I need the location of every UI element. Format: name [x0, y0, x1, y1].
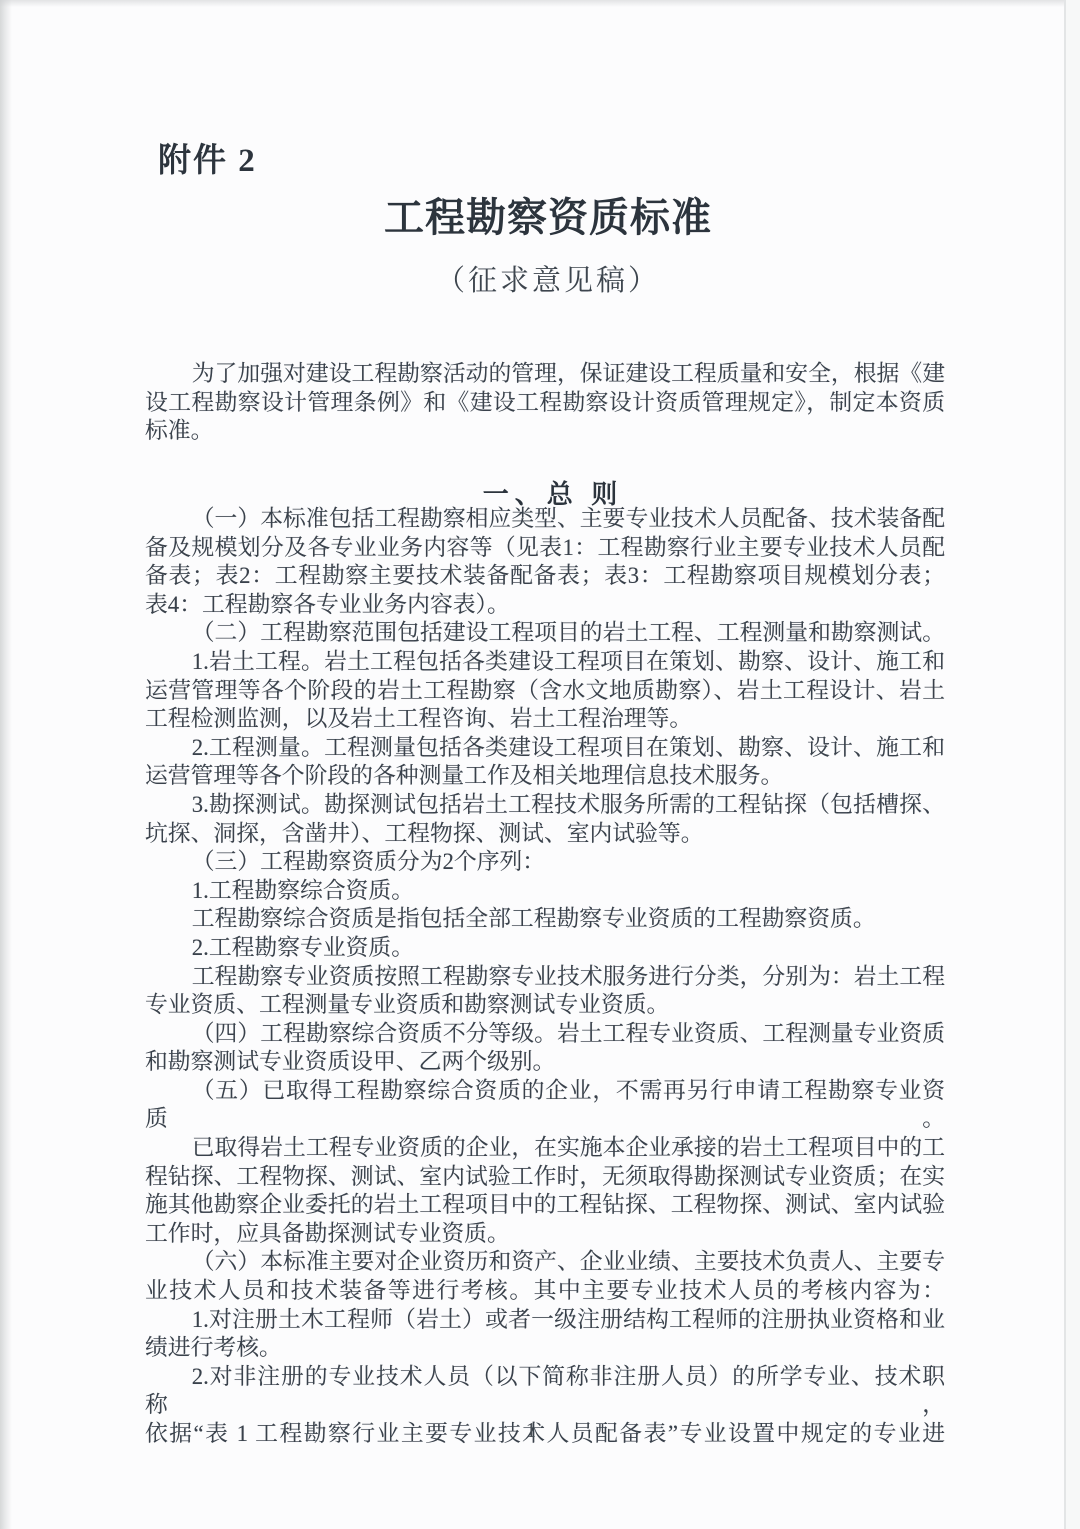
text-line: 业技术人员和技术装备等进行考核。其中主要专业技术人员的考核内容为： [145, 1277, 945, 1306]
text-line: 1.工程勘察综合资质。 [145, 877, 945, 906]
text-line: 运营管理等各个阶段的各种测量工作及相关地理信息技术服务。 [145, 762, 945, 791]
paragraph: 为了加强对建设工程勘察活动的管理，保证建设工程质量和安全，根据《建设工程勘察设计… [145, 360, 945, 446]
text-line: 3.勘探测试。勘探测试包括岩土工程技术服务所需的工程钻探（包括槽探、 [145, 791, 945, 820]
paragraph: 1.对注册土木工程师（岩土）或者一级注册结构工程师的注册执业资格和业绩进行考核。 [145, 1306, 945, 1363]
text-line: 标准。 [145, 417, 945, 446]
text-line: 1.对注册土木工程师（岩土）或者一级注册结构工程师的注册执业资格和业 [145, 1306, 945, 1335]
paragraph: 3.勘探测试。勘探测试包括岩土工程技术服务所需的工程钻探（包括槽探、坑探、洞探，… [145, 791, 945, 848]
text-line: 工程检测监测，以及岩土工程咨询、岩土工程治理等。 [145, 705, 945, 734]
text-line: 2.工程勘察专业资质。 [145, 934, 945, 963]
text-line: 工程勘察综合资质是指包括全部工程勘察专业资质的工程勘察资质。 [145, 905, 945, 934]
paragraph: （四）工程勘察综合资质不分等级。岩土工程专业资质、工程测量专业资质和勘察测试专业… [145, 1020, 945, 1077]
scan-edge-left [0, 0, 12, 1529]
text-line: 坑探、洞探，含凿井）、工程物探、测试、室内试验等。 [145, 820, 945, 849]
paragraph: （一）本标准包括工程勘察相应类型、主要专业技术人员配备、技术装备配备及规模划分及… [145, 505, 945, 619]
page: 附件 2 工程勘察资质标准 （征求意见稿） 为了加强对建设工程勘察活动的管理，保… [0, 0, 1080, 1529]
paragraph: 1.工程勘察综合资质。 [145, 877, 945, 906]
scan-edge-top [0, 0, 1080, 7]
body-text: （一）本标准包括工程勘察相应类型、主要专业技术人员配备、技术装备配备及规模划分及… [145, 505, 945, 1449]
text-line: 和勘察测试专业资质设甲、乙两个级别。 [145, 1048, 945, 1077]
text-line: 设工程勘察设计管理条例》和《建设工程勘察设计资质管理规定》，制定本资质 [145, 389, 945, 418]
text-line: （二）工程勘察范围包括建设工程项目的岩土工程、工程测量和勘察测试。 [145, 619, 945, 648]
text-line: 专业资质、工程测量专业资质和勘察测试专业资质。 [145, 991, 945, 1020]
scan-edge-right [1064, 0, 1080, 1529]
text-line: 2.对非注册的专业技术人员（以下简称非注册人员）的所学专业、技术职称， [145, 1363, 945, 1420]
text-line: （六）本标准主要对企业资历和资产、企业业绩、主要技术负责人、主要专 [145, 1248, 945, 1277]
paragraph: 已取得岩土工程专业资质的企业，在实施本企业承接的岩土工程项目中的工程钻探、工程物… [145, 1134, 945, 1248]
text-line: 程钻探、工程物探、测试、室内试验工作时，无须取得勘探测试专业资质；在实 [145, 1163, 945, 1192]
text-line: 备及规模划分及各专业业务内容等（见表1：工程勘察行业主要专业技术人员配 [145, 534, 945, 563]
paragraph: （五）已取得工程勘察综合资质的企业，不需再另行申请工程勘察专业资质。 [145, 1077, 945, 1134]
paragraph: 工程勘察专业资质按照工程勘察专业技术服务进行分类，分别为：岩土工程专业资质、工程… [145, 963, 945, 1020]
attachment-label: 附件 2 [158, 134, 257, 181]
paragraph: 2.工程测量。工程测量包括各类建设工程项目在策划、勘察、设计、施工和运营管理等各… [145, 734, 945, 791]
paragraph: （二）工程勘察范围包括建设工程项目的岩土工程、工程测量和勘察测试。 [145, 619, 945, 648]
text-line: 工程勘察专业资质按照工程勘察专业技术服务进行分类，分别为：岩土工程 [145, 963, 945, 992]
text-line: 已取得岩土工程专业资质的企业，在实施本企业承接的岩土工程项目中的工 [145, 1134, 945, 1163]
text-line: 运营管理等各个阶段的岩土工程勘察（含水文地质勘察）、岩土工程设计、岩土 [145, 677, 945, 706]
text-line: （三）工程勘察资质分为2个序列： [145, 848, 945, 877]
page-number: 1 [0, 1418, 1062, 1443]
paragraph: 2.工程勘察专业资质。 [145, 934, 945, 963]
text-line: （四）工程勘察综合资质不分等级。岩土工程专业资质、工程测量专业资质 [145, 1020, 945, 1049]
text-line: （五）已取得工程勘察综合资质的企业，不需再另行申请工程勘察专业资质。 [145, 1077, 945, 1134]
text-line: 2.工程测量。工程测量包括各类建设工程项目在策划、勘察、设计、施工和 [145, 734, 945, 763]
text-line: 绩进行考核。 [145, 1334, 945, 1363]
document-title: 工程勘察资质标准 [140, 186, 956, 243]
text-line: 表4：工程勘察各专业业务内容表）。 [145, 591, 945, 620]
paragraph: 1.岩土工程。岩土工程包括各类建设工程项目在策划、勘察、设计、施工和运营管理等各… [145, 648, 945, 734]
text-line: 备表；表2：工程勘察主要技术装备配备表；表3：工程勘察项目规模划分表； [145, 562, 945, 591]
preamble: 为了加强对建设工程勘察活动的管理，保证建设工程质量和安全，根据《建设工程勘察设计… [145, 360, 945, 446]
text-line: 1.岩土工程。岩土工程包括各类建设工程项目在策划、勘察、设计、施工和 [145, 648, 945, 677]
document-subtitle: （征求意见稿） [140, 258, 956, 299]
text-line: 施其他勘察企业委托的岩土工程项目中的工程钻探、工程物探、测试、室内试验 [145, 1191, 945, 1220]
paragraph: （三）工程勘察资质分为2个序列： [145, 848, 945, 877]
paragraph: 工程勘察综合资质是指包括全部工程勘察专业资质的工程勘察资质。 [145, 905, 945, 934]
text-line: 工作时，应具备勘探测试专业资质。 [145, 1220, 945, 1249]
paragraph: （六）本标准主要对企业资历和资产、企业业绩、主要技术负责人、主要专业技术人员和技… [145, 1248, 945, 1305]
text-line: 为了加强对建设工程勘察活动的管理，保证建设工程质量和安全，根据《建 [145, 360, 945, 389]
text-line: （一）本标准包括工程勘察相应类型、主要专业技术人员配备、技术装备配 [145, 505, 945, 534]
